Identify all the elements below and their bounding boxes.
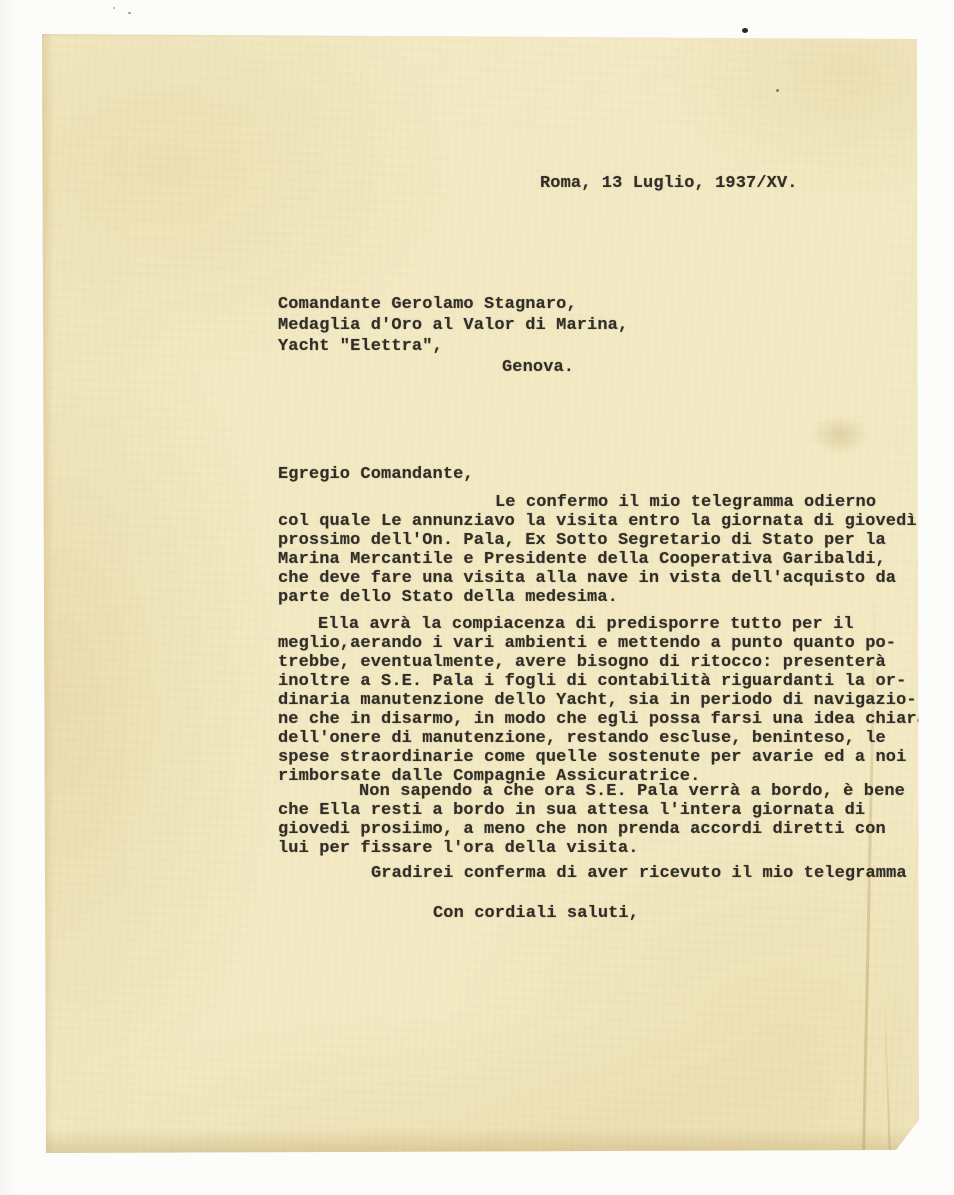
letter-line: dell'onere di manutenzione, restando esc…: [278, 729, 927, 748]
letter-line: prossimo dell'On. Pala, Ex Sotto Segreta…: [278, 531, 917, 550]
letter-paper: Roma, 13 Luglio, 1937/XV. Comandante Ger…: [40, 30, 920, 1155]
ink-speck: [742, 28, 748, 33]
address-line: Yacht "Elettra",: [278, 336, 628, 357]
letter-line: Non sapendo a che ora S.E. Pala verrà a …: [359, 782, 905, 801]
scan-speck: [113, 7, 115, 9]
letter-line: ne che in disarmo, in modo che egli poss…: [278, 710, 927, 729]
address-line: Comandante Gerolamo Stagnaro,: [278, 294, 628, 315]
salutation: Egregio Comandante,: [278, 465, 474, 484]
letter-line: meglio,aerando i vari ambienti e mettend…: [278, 634, 927, 653]
letter-date: Roma, 13 Luglio, 1937/XV.: [540, 174, 798, 193]
letter-line: spese straordinarie come quelle sostenut…: [278, 748, 927, 767]
letter-line: lui per fissare l'ora della visita.: [278, 839, 905, 858]
letter-line: trebbe, eventualmente, avere bisogno di …: [278, 653, 927, 672]
letter-line: col quale Le annunziavo la visita entro …: [278, 512, 917, 531]
paragraph-3: Non sapendo a che ora S.E. Pala verrà a …: [278, 782, 905, 858]
letter-line: Le confermo il mio telegramma odierno: [495, 493, 917, 512]
letter-line: Gradirei conferma di aver ricevuto il mi…: [371, 864, 907, 883]
closing-request-line: Gradirei conferma di aver ricevuto il mi…: [278, 864, 907, 883]
letter-line: che Ella resti a bordo in sua attesa l'i…: [278, 801, 905, 820]
letter-line: Marina Mercantile e Presidente della Coo…: [278, 550, 917, 569]
recipient-address: Comandante Gerolamo Stagnaro, Medaglia d…: [278, 294, 628, 378]
letter-line: inoltre a S.E. Pala i fogli di contabili…: [278, 672, 927, 691]
letter-line: parte dello Stato della medesima.: [278, 588, 917, 607]
letter-line: dinaria manutenzione dello Yacht, sia in…: [278, 691, 927, 710]
letter-line: che deve fare una visita alla nave in vi…: [278, 569, 917, 588]
scan-speck: [128, 12, 131, 14]
paper-smudge: [810, 415, 870, 455]
address-line: Medaglia d'Oro al Valor di Marina,: [278, 315, 628, 336]
signoff-line: Con cordiali saluti,: [278, 904, 639, 923]
letter-line: giovedi prosiimo, a meno che non prenda …: [278, 820, 905, 839]
paragraph-2: Ella avrà la compiacenza di predisporre …: [278, 615, 927, 786]
letter-line: Con cordiali saluti,: [433, 904, 639, 923]
letter-line: Ella avrà la compiacenza di predisporre …: [318, 615, 927, 634]
address-city: Genova.: [502, 357, 628, 378]
ink-speck: [776, 89, 779, 92]
paragraph-1: Le confermo il mio telegramma odierno co…: [278, 493, 917, 607]
paper-crease: [883, 990, 891, 1150]
